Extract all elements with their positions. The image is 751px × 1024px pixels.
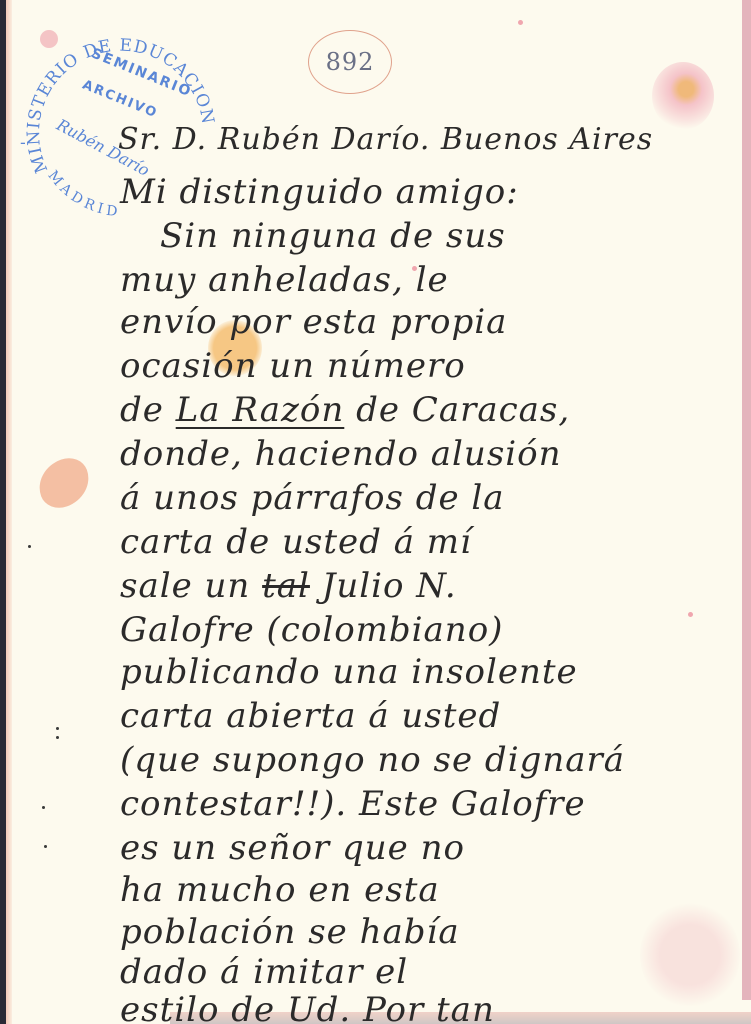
ink-speck xyxy=(28,545,31,548)
letter-line: carta de usted á mí xyxy=(120,522,472,562)
ink-speck xyxy=(412,266,417,271)
letter-line: estilo de Ud. Por tan xyxy=(120,990,495,1024)
ink-speck xyxy=(44,845,47,848)
ink-speck xyxy=(56,736,59,739)
letter-line: envío por esta propia xyxy=(120,302,507,342)
letter-line: donde, haciendo alusión xyxy=(120,434,562,474)
letter-line: Sin ninguna de sus xyxy=(160,216,506,256)
letter-line: Galofre (colombiano) xyxy=(120,610,503,650)
letter-line: carta abierta á usted xyxy=(120,696,501,736)
letter-line-text: Julio N. xyxy=(310,566,457,606)
ink-speck xyxy=(42,806,45,809)
letter-line-text: sale un xyxy=(120,566,262,606)
ink-speck xyxy=(688,612,693,617)
letter-line: ha mucho en esta xyxy=(120,870,440,910)
letter-body: Sr. D. Rubén Darío. Buenos Aires Mi dist… xyxy=(0,0,751,1024)
letter-line: publicando una insolente xyxy=(120,652,578,692)
letter-line: muy anheladas, le xyxy=(120,260,449,300)
newspaper-title: La Razón xyxy=(176,390,345,430)
letter-line-salutation: Mi distinguido amigo: xyxy=(120,172,519,212)
ink-speck xyxy=(518,20,523,25)
letter-line-text: de Caracas, xyxy=(344,390,570,430)
ink-speck xyxy=(56,727,59,730)
letter-line: ocasión un número xyxy=(120,346,466,386)
letter-line-struck: sale un tal Julio N. xyxy=(120,566,457,606)
letter-line: población se había xyxy=(120,912,460,952)
letter-line: contestar!!). Este Galofre xyxy=(120,784,586,824)
struck-word: tal xyxy=(262,566,310,606)
letter-line: (que supongo no se dignará xyxy=(120,740,625,780)
letter-line: dado á imitar el xyxy=(120,952,408,992)
letter-line-text: de xyxy=(120,390,176,430)
letter-line-address: Sr. D. Rubén Darío. Buenos Aires xyxy=(118,122,653,157)
letter-page: MINISTERIO DE EDUCACION MADRID - SEMINAR… xyxy=(0,0,751,1024)
letter-line: es un señor que no xyxy=(120,828,465,868)
letter-line: á unos párrafos de la xyxy=(120,478,505,518)
letter-line-la-razon: de La Razón de Caracas, xyxy=(120,390,570,430)
